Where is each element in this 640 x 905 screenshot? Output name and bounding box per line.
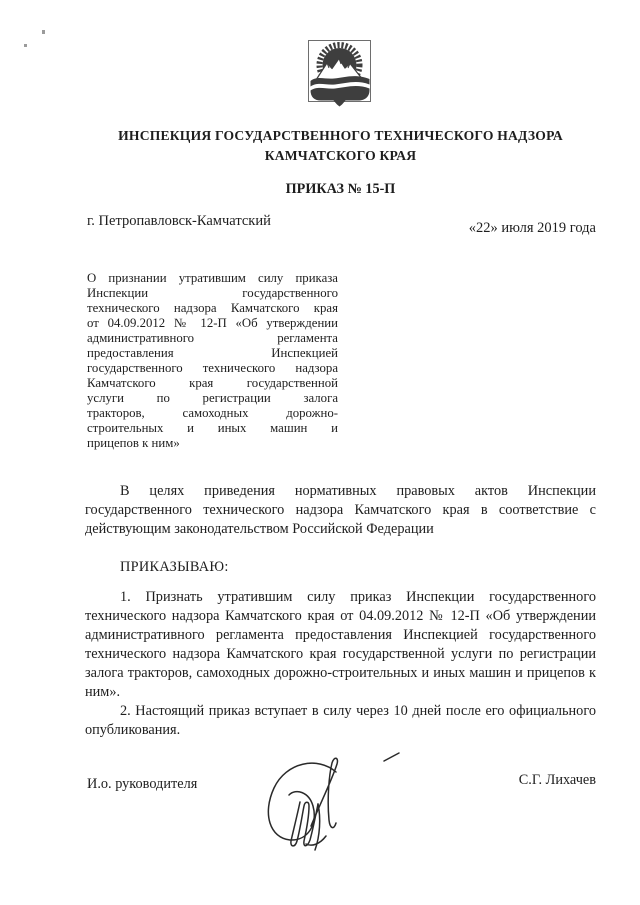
annotation-line: тракторов, самоходных дорожно- — [87, 406, 338, 421]
annotation-line: от 04.09.2012 № 12-П «Об утверждении — [87, 316, 338, 331]
annotation-block: О признании утратившим силу приказаИнспе… — [87, 271, 338, 451]
order-word: ПРИКАЗЫВАЮ: — [120, 559, 229, 576]
date-label: «22» июля 2019 года — [440, 220, 596, 237]
document-page: ИНСПЕКЦИЯ ГОСУДАРСТВЕННОГО ТЕХНИЧЕСКОГО … — [0, 0, 640, 905]
document-title: ПРИКАЗ № 15-П — [85, 181, 596, 198]
annotation-line: технического надзора Камчатского края — [87, 301, 338, 316]
annotation-line: административного регламента — [87, 331, 338, 346]
intro-paragraph: В целях приведения нормативных правовых … — [85, 482, 596, 539]
annotation-line: Камчатского края государственной — [87, 376, 338, 391]
order-item-2: 2. Настоящий приказ вступает в силу чере… — [85, 702, 596, 740]
scan-speck — [24, 44, 27, 47]
organization-name: ИНСПЕКЦИЯ ГОСУДАРСТВЕННОГО ТЕХНИЧЕСКОГО … — [85, 126, 596, 166]
annotation-line: предоставления Инспекцией — [87, 346, 338, 361]
organization-name-line1: ИНСПЕКЦИЯ ГОСУДАРСТВЕННОГО ТЕХНИЧЕСКОГО … — [85, 126, 596, 146]
annotation-line: услуги по регистрации залога — [87, 391, 338, 406]
scan-speck — [42, 30, 45, 34]
order-item-1: 1. Признать утратившим силу приказ Инспе… — [85, 588, 596, 702]
annotation-line: Инспекции государственного — [87, 286, 338, 301]
signer-name: С.Г. Лихачев — [440, 772, 596, 789]
order-items: 1. Признать утратившим силу приказ Инспе… — [85, 588, 596, 740]
city-label: г. Петропавловск-Камчатский — [87, 213, 271, 230]
signer-position: И.о. руководителя — [87, 776, 197, 793]
annotation-line: строительных и иных машин и — [87, 421, 338, 436]
handwritten-signature — [248, 744, 404, 856]
kamchatka-coat-of-arms-emblem — [304, 37, 376, 111]
annotation-line: О признании утратившим силу приказа — [87, 271, 338, 286]
annotation-line: государственного технического надзора — [87, 361, 338, 376]
organization-name-line2: КАМЧАТСКОГО КРАЯ — [85, 146, 596, 166]
annotation-line: прицепов к ним» — [87, 436, 338, 451]
